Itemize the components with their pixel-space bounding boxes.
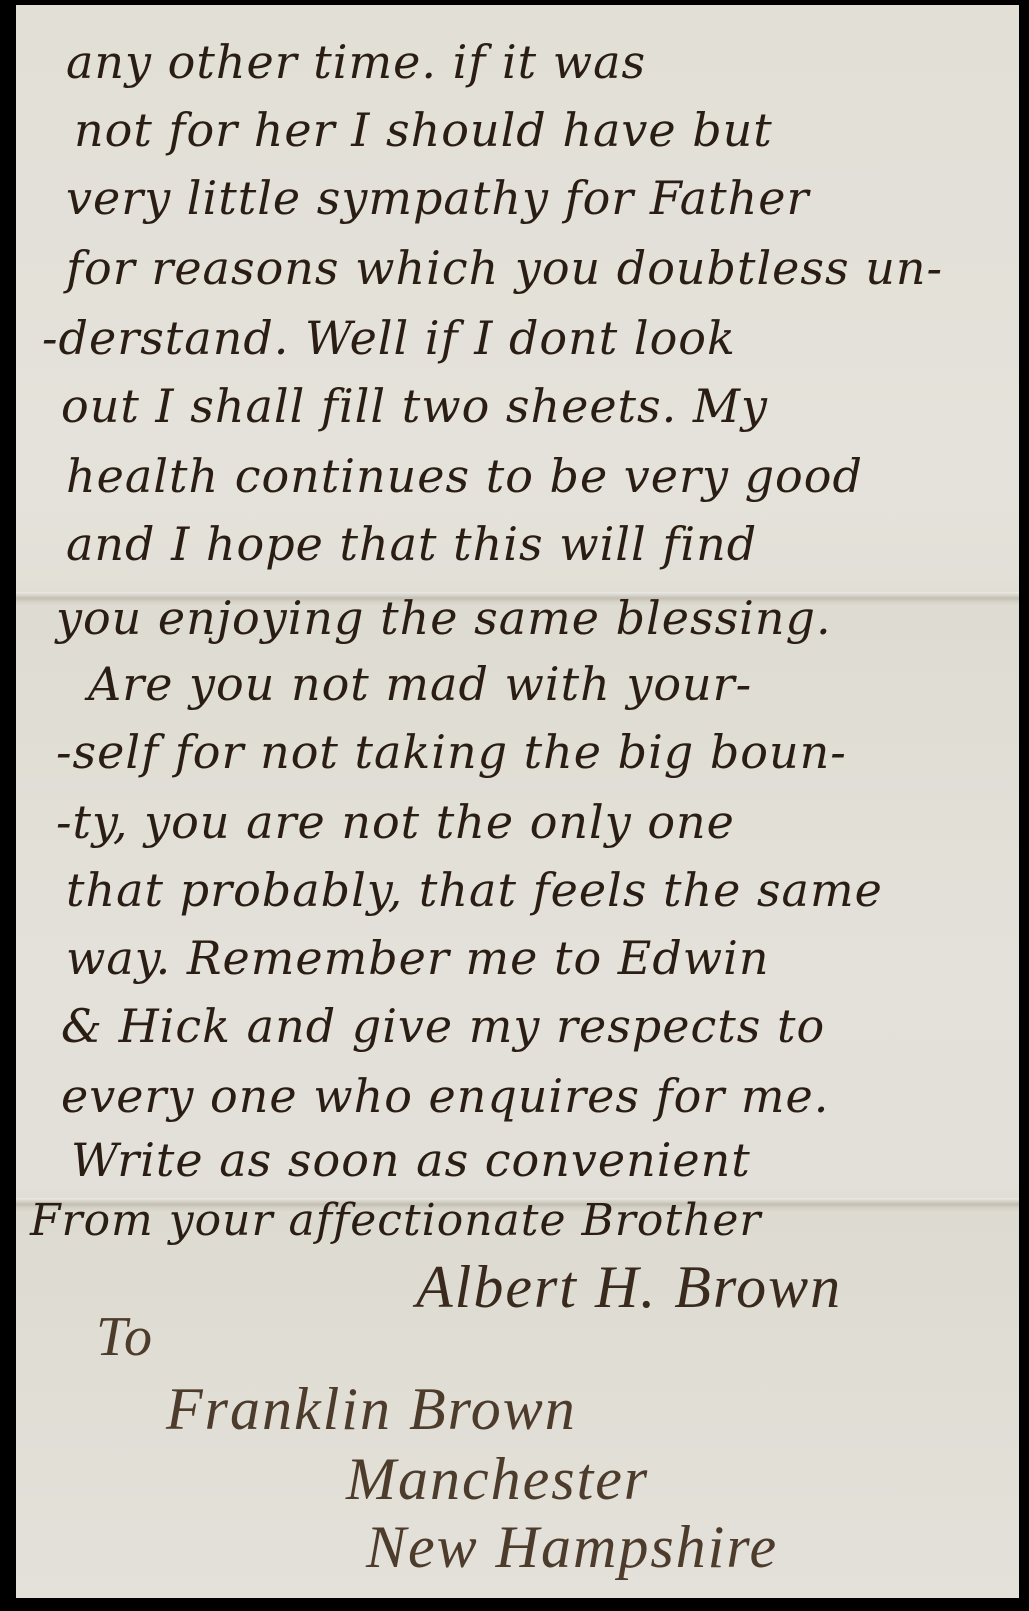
letter-line-5: -derstand. Well if I dont look [42,311,736,365]
letter-line-14: way. Remember me to Edwin [66,931,770,985]
letter-line-12: -ty, you are not the only one [56,795,735,849]
address-prefix: To [96,1305,154,1369]
letter-line-7: health continues to be very good [66,449,863,503]
letter-line-6: out I shall fill two sheets. My [61,379,768,433]
letter-line-11: -self for not taking the big boun- [56,725,847,779]
letter-closing: From your affectionate Brother [30,1195,761,1246]
address-state: New Hampshire [366,1513,778,1582]
address-name: Franklin Brown [166,1375,577,1444]
letter-line-8: and I hope that this will find [66,517,757,571]
letter-line-2: not for her I should have but [74,103,773,157]
letter-line-4: for reasons which you doubtless un- [66,241,943,295]
address-city: Manchester [346,1445,649,1514]
letter-line-3: very little sympathy for Father [66,171,809,225]
letter-page: any other time. if it was not for her I … [16,5,1019,1598]
letter-line-16: every one who enquires for me. [61,1069,829,1123]
letter-line-13: that probably, that feels the same [66,863,883,917]
letter-line-17: Write as soon as convenient [71,1133,751,1187]
letter-line-10: Are you not mad with your- [88,657,752,711]
letter-line-1: any other time. if it was [66,35,646,89]
letter-signature: Albert H. Brown [416,1253,842,1322]
letter-line-15: & Hick and give my respects to [61,999,825,1053]
letter-line-9: you enjoying the same blessing. [56,591,832,645]
